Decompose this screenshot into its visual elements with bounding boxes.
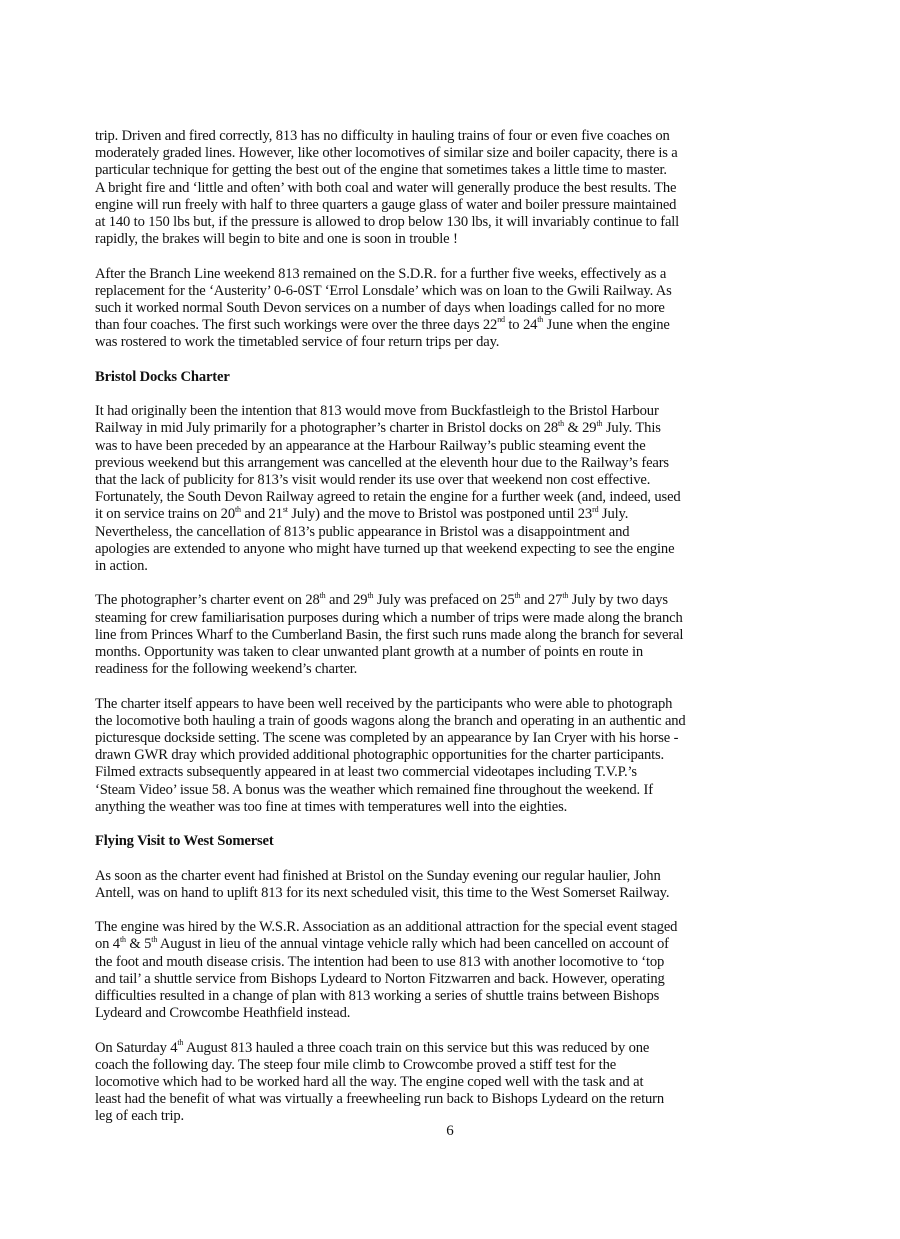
text-line: Lydeard and Crowcombe Heathfield instead…	[95, 1005, 835, 1022]
text-line: previous weekend but this arrangement wa…	[95, 455, 835, 472]
text-line: the locomotive both hauling a train of g…	[95, 713, 835, 730]
text-line: difficulties resulted in a change of pla…	[95, 988, 835, 1005]
text-line: ‘Steam Video’ issue 58. A bonus was the …	[95, 782, 835, 799]
text-line: Railway in mid July primarily for a phot…	[95, 420, 835, 437]
paragraph: trip. Driven and fired correctly, 813 ha…	[95, 128, 835, 248]
text-line: months. Opportunity was taken to clear u…	[95, 644, 835, 661]
text-line: steaming for crew familiarisation purpos…	[95, 610, 835, 627]
paragraph: After the Branch Line weekend 813 remain…	[95, 266, 835, 352]
page-number: 6	[0, 1123, 900, 1140]
text-line: coach the following day. The steep four …	[95, 1057, 835, 1074]
text-line: It had originally been the intention tha…	[95, 403, 835, 420]
paragraph: The photographer’s charter event on 28th…	[95, 592, 835, 678]
text-line: was rostered to work the timetabled serv…	[95, 334, 835, 351]
section-heading: Bristol Docks Charter	[95, 369, 835, 386]
text-line: A bright fire and ‘little and often’ wit…	[95, 180, 835, 197]
text-line: On Saturday 4th August 813 hauled a thre…	[95, 1040, 835, 1057]
text-line: in action.	[95, 558, 835, 575]
text-line: it on service trains on 20th and 21st Ju…	[95, 506, 835, 523]
paragraph: As soon as the charter event had finishe…	[95, 868, 835, 902]
text-line: picturesque dockside setting. The scene …	[95, 730, 835, 747]
text-line: Fortunately, the South Devon Railway agr…	[95, 489, 835, 506]
text-line: Filmed extracts subsequently appeared in…	[95, 764, 835, 781]
text-line: After the Branch Line weekend 813 remain…	[95, 266, 835, 283]
text-line: replacement for the ‘Austerity’ 0-6-0ST …	[95, 283, 835, 300]
text-line: anything the weather was too fine at tim…	[95, 799, 835, 816]
text-line: As soon as the charter event had finishe…	[95, 868, 835, 885]
text-line: trip. Driven and fired correctly, 813 ha…	[95, 128, 835, 145]
text-line: and tail’ a shuttle service from Bishops…	[95, 971, 835, 988]
section-heading: Flying Visit to West Somerset	[95, 833, 835, 850]
text-line: locomotive which had to be worked hard a…	[95, 1074, 835, 1091]
text-line: rapidly, the brakes will begin to bite a…	[95, 231, 835, 248]
text-line: readiness for the following weekend’s ch…	[95, 661, 835, 678]
text-line: The engine was hired by the W.S.R. Assoc…	[95, 919, 835, 936]
document-body: trip. Driven and fired correctly, 813 ha…	[95, 128, 835, 1143]
text-line: drawn GWR dray which provided additional…	[95, 747, 835, 764]
paragraph: On Saturday 4th August 813 hauled a thre…	[95, 1040, 835, 1126]
text-line: that the lack of publicity for 813’s vis…	[95, 472, 835, 489]
paragraph: The charter itself appears to have been …	[95, 696, 835, 816]
text-line: least had the benefit of what was virtua…	[95, 1091, 835, 1108]
text-line: engine will run freely with half to thre…	[95, 197, 835, 214]
text-line: was to have been preceded by an appearan…	[95, 438, 835, 455]
text-line: Nevertheless, the cancellation of 813’s …	[95, 524, 835, 541]
text-line: Antell, was on hand to uplift 813 for it…	[95, 885, 835, 902]
text-line: on 4th & 5th August in lieu of the annua…	[95, 936, 835, 953]
text-line: at 140 to 150 lbs but, if the pressure i…	[95, 214, 835, 231]
text-line: line from Princes Wharf to the Cumberlan…	[95, 627, 835, 644]
text-line: such it worked normal South Devon servic…	[95, 300, 835, 317]
paragraph: The engine was hired by the W.S.R. Assoc…	[95, 919, 835, 1022]
text-line: The charter itself appears to have been …	[95, 696, 835, 713]
text-line: moderately graded lines. However, like o…	[95, 145, 835, 162]
text-line: than four coaches. The first such workin…	[95, 317, 835, 334]
paragraph: It had originally been the intention tha…	[95, 403, 835, 575]
text-line: particular technique for getting the bes…	[95, 162, 835, 179]
text-line: the foot and mouth disease crisis. The i…	[95, 954, 835, 971]
text-line: apologies are extended to anyone who mig…	[95, 541, 835, 558]
text-line: The photographer’s charter event on 28th…	[95, 592, 835, 609]
